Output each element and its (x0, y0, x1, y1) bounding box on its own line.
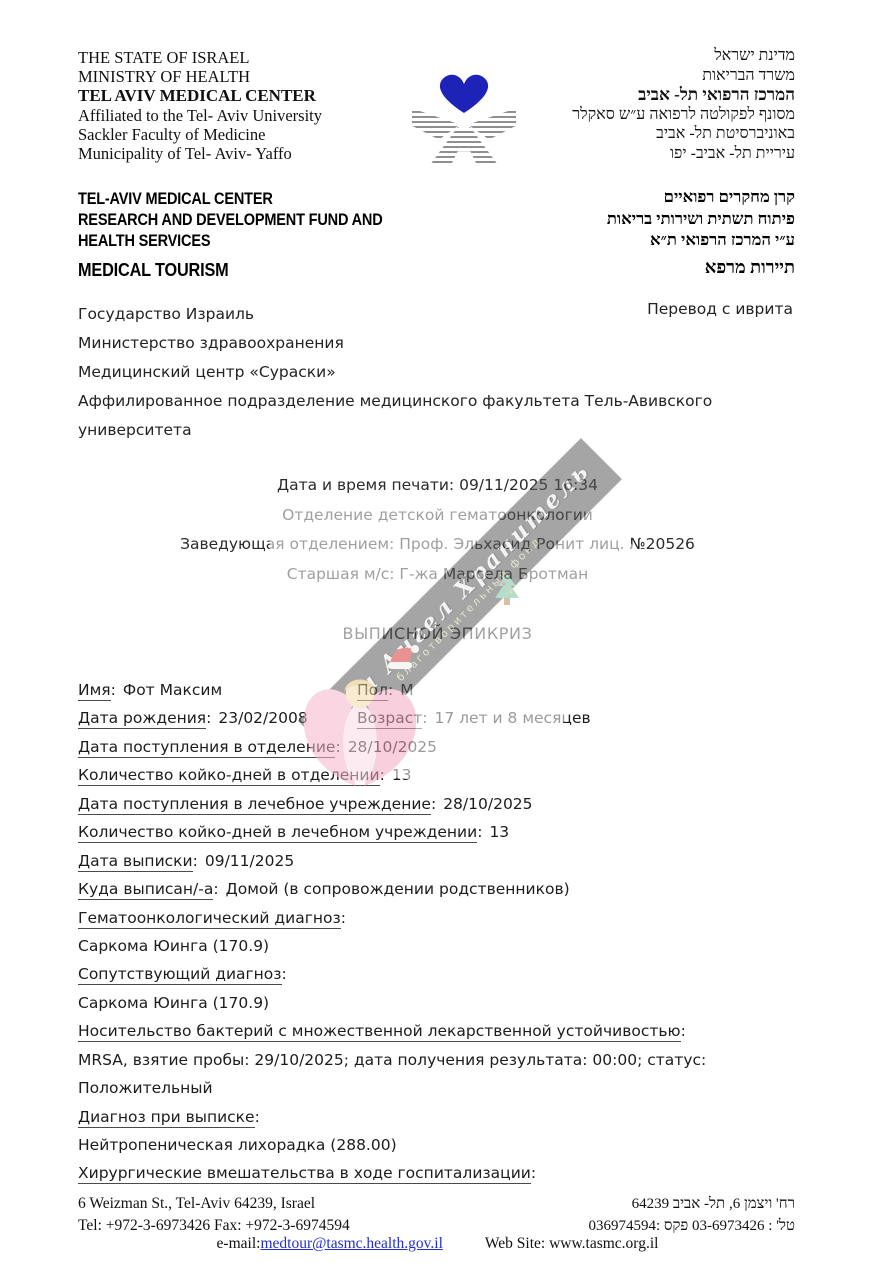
colon (681, 1022, 686, 1040)
field-label: Хирургические вмешательства в ходе госпи… (78, 1164, 531, 1184)
intro-line: Медицинский центр «Сураски» (78, 358, 726, 387)
colon (193, 852, 198, 870)
field-value: 13 (489, 823, 509, 841)
field-row: Саркома Юинга (170.9) (78, 994, 797, 1022)
field-label: Имя (78, 681, 111, 701)
footer-english: 6 Weizman St., Tel-Aviv 64239, Israel Te… (78, 1193, 350, 1237)
document-title: ВЫПИСНОЙ ЭПИКРИЗ (0, 624, 875, 643)
document-page: THE STATE OF ISRAEL MINISTRY OF HEALTH T… (0, 0, 875, 1280)
footer-hebrew: רח' ויצמן 6, תל- אביב 64239 טל' : 03-697… (588, 1193, 795, 1237)
colon (282, 965, 287, 983)
medical-tourism-english: MEDICAL TOURISM (78, 259, 229, 281)
letterhead-hebrew: מדינת ישראל משרד הבריאות המרכז הרפואי תל… (572, 46, 795, 164)
field-label: Гематоонкологический диагноз (78, 909, 341, 929)
field-row: Количество койко-дней в отделении13 (78, 766, 797, 794)
fund-en-line: RESEARCH AND DEVELOPMENT FUND AND (78, 210, 383, 231)
website-value: www.tasmc.org.il (549, 1235, 658, 1252)
field-label: Диагноз при выписке (78, 1108, 255, 1128)
colon (335, 738, 340, 756)
head-nurse-line: Старшая м/с: Г-жа Марсела Бротман (0, 560, 875, 590)
field-value: Фот Максим (123, 681, 222, 699)
heart-icon (426, 72, 502, 116)
field-row: Нейтропеническая лихорадка (288.00) (78, 1136, 797, 1164)
letterhead-en-line-bold: TEL AVIV MEDICAL CENTER (78, 86, 322, 105)
footer-address-he: רח' ויצמן 6, תל- אביב 64239 (588, 1193, 795, 1215)
footer-contacts: e-mail:medtour@tasmc.health.gov.ilWeb Si… (0, 1235, 875, 1253)
santa-hat-icon (382, 640, 422, 676)
field-value: 09/11/2025 (205, 852, 294, 870)
field-label: Количество койко-дней в отделении (78, 766, 380, 786)
field-value: М (400, 681, 413, 699)
colon (213, 880, 218, 898)
letterhead-en-line: Affiliated to the Tel- Aviv University (78, 106, 322, 125)
field-row: Гематоонкологический диагноз (78, 909, 797, 937)
print-info: Дата и время печати: 09/11/2025 16:34 От… (0, 471, 875, 589)
letterhead-en-line: THE STATE OF ISRAEL (78, 48, 322, 67)
colon (431, 795, 436, 813)
intro-line: Аффилированное подразделение медицинског… (78, 387, 726, 445)
field-row: Саркома Юинга (170.9) (78, 937, 797, 965)
letterhead-he-line: באוניברסיטת תל- אביב (572, 124, 795, 144)
letterhead-he-line-bold: המרכז הרפואי תל- אביב (572, 85, 795, 105)
field-row: Носительство бактерий с множественной ле… (78, 1022, 797, 1050)
letterhead-he-line: מדינת ישראל (572, 46, 795, 66)
field-value: Домой (в сопровождении родственников) (226, 880, 570, 898)
field-text: Нейтропеническая лихорадка (288.00) (78, 1136, 397, 1154)
field-row: Диагноз при выписке (78, 1108, 797, 1136)
field-row: Дата выписки09/11/2025 (78, 852, 797, 880)
field-value: 28/10/2025 (348, 738, 437, 756)
field-row: ИмяФот Максим ПолМ (78, 681, 797, 709)
colon (255, 1108, 260, 1126)
field-value: 17 лет и 8 месяцев (434, 709, 590, 727)
field-label: Куда выписан/-а (78, 880, 213, 900)
colon (380, 766, 385, 784)
intro-line: Министерство здравоохранения (78, 329, 726, 358)
colon (477, 823, 482, 841)
footer-address-en: 6 Weizman St., Tel-Aviv 64239, Israel (78, 1193, 350, 1215)
field-label: Дата рождения (78, 709, 206, 729)
letterhead-en-line: MINISTRY OF HEALTH (78, 67, 322, 86)
field-label: Пол (357, 681, 388, 701)
field-row: Дата поступления в отделение28/10/2025 (78, 738, 797, 766)
colon (341, 909, 346, 927)
colon (422, 709, 427, 727)
footer-phone-en: Tel: +972-3-6973426 Fax: +972-3-6974594 (78, 1215, 350, 1237)
fund-he-line: קרן מחקרים רפואיים (607, 186, 795, 208)
field-row: Положительный (78, 1079, 797, 1107)
field-text: Саркома Юинга (170.9) (78, 937, 269, 955)
field-row: Дата поступления в лечебное учреждение28… (78, 795, 797, 823)
epicrisis-fields: ИмяФот Максим ПолМ Дата рождения23/02/20… (78, 681, 797, 1193)
field-label: Носительство бактерий с множественной ле… (78, 1022, 681, 1042)
field-label: Количество койко-дней в лечебном учрежде… (78, 823, 477, 843)
field-row: Хирургические вмешательства в ходе госпи… (78, 1164, 797, 1192)
print-datetime: Дата и время печати: 09/11/2025 16:34 (0, 471, 875, 501)
colon (388, 681, 393, 699)
fund-block-hebrew: קרן מחקרים רפואיים פיתוח תשתית ושירותי ב… (607, 186, 795, 251)
field-row: Куда выписан/-аДомой (в сопровождении ро… (78, 880, 797, 908)
letterhead-he-line: עיריית תל- אביב- יפו (572, 144, 795, 164)
field-row: MRSA, взятие пробы: 29/10/2025; дата пол… (78, 1051, 797, 1079)
fund-he-line: ע״י המרכז הרפואי ת״א (607, 229, 795, 251)
field-text: MRSA, взятие пробы: 29/10/2025; дата пол… (78, 1051, 706, 1069)
email-label: e-mail: (217, 1235, 261, 1252)
field-value: 28/10/2025 (443, 795, 532, 813)
department-head-line: Заведующая отделением: Проф. Эльхасид Ро… (0, 530, 875, 560)
website-label: Web Site: (485, 1235, 545, 1252)
field-label: Возраст (357, 709, 422, 729)
field-label: Дата поступления в лечебное учреждение (78, 795, 431, 815)
field-row: Сопутствующий диагноз (78, 965, 797, 993)
letterhead-english: THE STATE OF ISRAEL MINISTRY OF HEALTH T… (78, 48, 322, 163)
footer-phone-he: טל' : 03-6973426 פקס :036974594 (588, 1215, 795, 1237)
hospital-logo (412, 72, 516, 168)
fund-en-line: HEALTH SERVICES (78, 231, 383, 252)
colon (531, 1164, 536, 1182)
medical-tourism-hebrew: תיירות מרפא (705, 257, 795, 278)
letterhead-en-line: Municipality of Tel- Aviv- Yaffo (78, 144, 322, 163)
letterhead-en-line: Sackler Faculty of Medicine (78, 125, 322, 144)
letterhead-he-line: משרד הבריאות (572, 66, 795, 86)
letterhead-he-line: מסונף לפקולטה לרפואה ע״ש סאקלר (572, 105, 795, 125)
field-label: Дата поступления в отделение (78, 738, 335, 758)
colon (111, 681, 116, 699)
department-line: Отделение детской гематоонкологии (0, 501, 875, 531)
field-row: Количество койко-дней в лечебном учрежде… (78, 823, 797, 851)
field-text: Положительный (78, 1079, 213, 1097)
fund-en-line: TEL-AVIV MEDICAL CENTER (78, 189, 383, 210)
fund-he-line: פיתוח תשתית ושירותי בריאות (607, 208, 795, 230)
russian-intro: Государство Израиль Министерство здравоо… (78, 300, 726, 445)
field-label: Дата выписки (78, 852, 193, 872)
colon (206, 709, 211, 727)
field-text: Саркома Юинга (170.9) (78, 994, 269, 1012)
email-link[interactable]: medtour@tasmc.health.gov.il (260, 1235, 442, 1252)
field-label: Сопутствующий диагноз (78, 965, 282, 985)
intro-line: Государство Израиль (78, 300, 726, 329)
field-value: 23/02/2008 (218, 709, 307, 727)
field-row: Дата рождения23/02/2008 Возраст17 лет и … (78, 709, 797, 737)
fund-block-english: TEL-AVIV MEDICAL CENTER RESEARCH AND DEV… (78, 189, 383, 252)
field-value: 13 (392, 766, 412, 784)
